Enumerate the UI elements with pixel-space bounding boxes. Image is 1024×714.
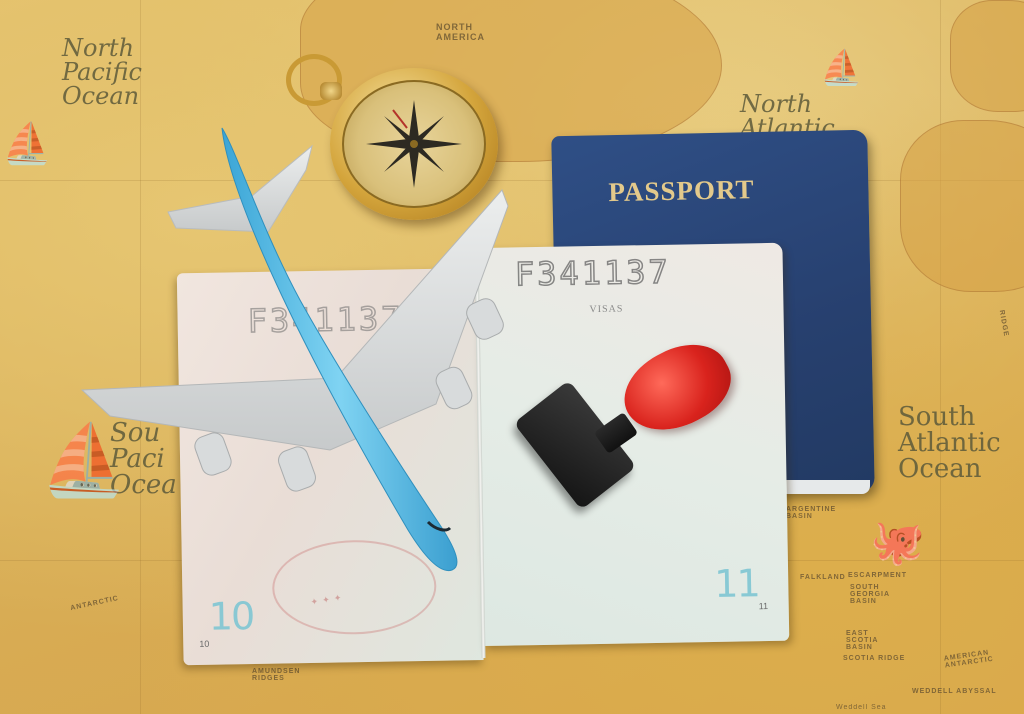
- compass-rose-icon: [359, 94, 469, 194]
- map-label-escarpment: ESCARPMENT: [848, 572, 907, 579]
- compass: [330, 68, 498, 220]
- europe-landmass: [950, 0, 1024, 112]
- page-number-right: 11: [714, 561, 759, 606]
- ocean-label-line: Atlantic: [898, 430, 1001, 456]
- ocean-label-line: Ocean: [898, 456, 1001, 482]
- compass-face: [342, 80, 486, 208]
- map-label-ridge: RIDGE: [998, 310, 1010, 338]
- ocean-label-line: North: [740, 92, 835, 116]
- map-gridline: [0, 180, 1024, 181]
- ocean-label-line: North: [62, 36, 142, 60]
- open-passport: F341137 ✦ ✦ ✦ 10 10 F341137 VISAS 11 11: [176, 243, 789, 666]
- passport-page-left: F341137 ✦ ✦ ✦ 10 10: [177, 268, 484, 665]
- ocean-label-line: Pacific: [62, 60, 142, 84]
- map-label-east-scotia-basin: EAST SCOTIA BASIN: [846, 630, 896, 651]
- ocean-label-line: South: [898, 404, 1001, 430]
- page-number-left: 10: [208, 594, 253, 639]
- map-label-amundsen-ridges: AMUNDSEN RIDGES: [252, 668, 302, 682]
- map-label-south-atlantic: South Atlantic Ocean: [898, 404, 1001, 482]
- ship-illustration: ⛵: [820, 48, 862, 88]
- map-label-north-pacific: North Pacific Ocean: [62, 36, 142, 108]
- ship-illustration: ⛵: [40, 420, 127, 502]
- map-gridline: [940, 0, 941, 714]
- travel-photo: North Pacific Ocean North Atlantic Sou P…: [0, 0, 1024, 714]
- map-label-south-georgia-basin: SOUTH GEORGIA BASIN: [850, 584, 900, 605]
- faded-entry-stamp: ✦ ✦ ✦: [271, 539, 437, 636]
- passport-page-right: F341137 VISAS 11 11: [476, 243, 789, 646]
- south-america-landmass: [900, 120, 1024, 292]
- map-label-antarctic: ANTARCTIC: [70, 595, 120, 612]
- page-number-left-small: 10: [199, 639, 209, 649]
- perforated-serial-right: F341137: [515, 253, 671, 294]
- passport-title: PASSPORT: [608, 174, 755, 208]
- compass-knob: [320, 82, 342, 100]
- perforated-serial-left: F341137: [247, 299, 403, 340]
- map-label-north-america: NORTH AMERICA: [436, 22, 506, 42]
- map-label-argentine-basin: ARGENTINE BASIN: [786, 506, 846, 520]
- sea-monster-illustration: 🐙: [870, 516, 925, 568]
- visas-heading: VISAS: [589, 304, 623, 316]
- ocean-label-line: Ocean: [62, 84, 142, 108]
- map-label-falkland: FALKLAND: [800, 574, 846, 581]
- map-label-american-antarctic: AMERICAN ANTARCTIC: [943, 645, 1024, 670]
- faded-stamp-text: ✦ ✦ ✦: [310, 592, 343, 608]
- page-number-right-small: 11: [759, 601, 769, 611]
- map-label-weddell-abyssal: WEDDELL ABYSSAL: [912, 688, 997, 695]
- map-label-scotia-ridge: SCOTIA RIDGE: [843, 655, 905, 662]
- ship-illustration: ⛵: [2, 120, 52, 167]
- map-label-weddell-sea: Weddell Sea: [836, 704, 887, 711]
